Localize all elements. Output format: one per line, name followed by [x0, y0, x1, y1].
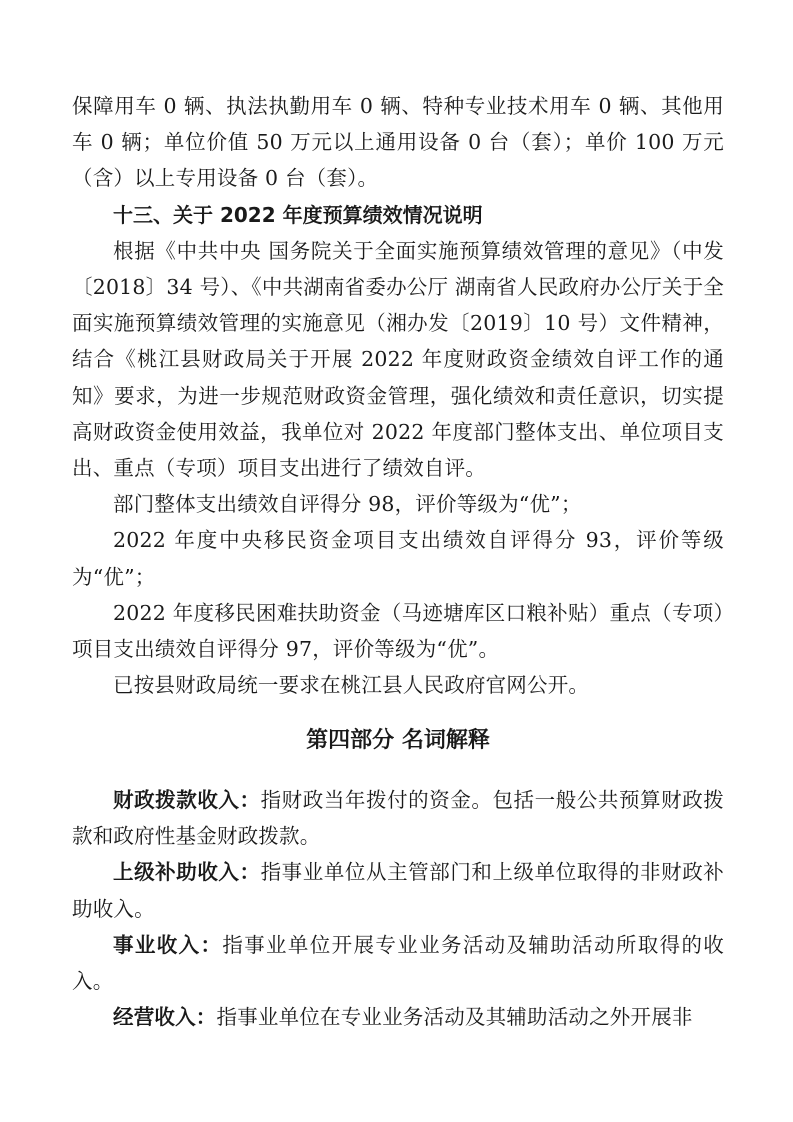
glossary-term: 事业收入：	[113, 933, 222, 957]
glossary-definition: 指事业单位在专业业务活动及其辅助活动之外开展非	[217, 1005, 693, 1029]
glossary-list: 财政拨款收入：指财政当年拨付的资金。包括一般公共预算财政拨款和政府性基金财政拨款…	[72, 782, 724, 1035]
intro-paragraph: 保障用车 0 辆、执法执勤用车 0 辆、特种专业技术用车 0 辆、其他用车 0 …	[72, 88, 724, 197]
section-13-paragraph: 已按县财政局统一要求在桃江县人民政府官网公开。	[72, 667, 724, 703]
part-4-title: 第四部分 名词解释	[72, 721, 724, 761]
section-13-paragraph: 2022 年度中央移民资金项目支出绩效自评得分 93，评价等级为“优”；	[72, 522, 724, 594]
glossary-item: 经营收入：指事业单位在专业业务活动及其辅助活动之外开展非	[72, 999, 724, 1035]
section-13-paragraph: 根据《中共中央 国务院关于全面实施预算绩效管理的意见》（中发〔2018〕34 号…	[72, 233, 724, 486]
glossary-term: 经营收入：	[113, 1005, 217, 1029]
glossary-item: 上级补助收入：指事业单位从主管部门和上级单位取得的非财政补助收入。	[72, 854, 724, 926]
glossary-item: 财政拨款收入：指财政当年拨付的资金。包括一般公共预算财政拨款和政府性基金财政拨款…	[72, 782, 724, 854]
glossary-term: 上级补助收入：	[113, 860, 261, 884]
document-page: 保障用车 0 辆、执法执勤用车 0 辆、特种专业技术用车 0 辆、其他用车 0 …	[72, 88, 724, 703]
section-13-paragraph: 2022 年度移民困难扶助资金（马迹塘库区口粮补贴）重点（专项）项目支出绩效自评…	[72, 595, 724, 667]
section-13-paragraph: 部门整体支出绩效自评得分 98，评价等级为“优”；	[72, 486, 724, 522]
glossary-term: 财政拨款收入：	[113, 788, 261, 812]
glossary-item: 事业收入：指事业单位开展专业业务活动及辅助活动所取得的收入。	[72, 927, 724, 999]
section-13-heading: 十三、关于 2022 年度预算绩效情况说明	[72, 197, 724, 233]
